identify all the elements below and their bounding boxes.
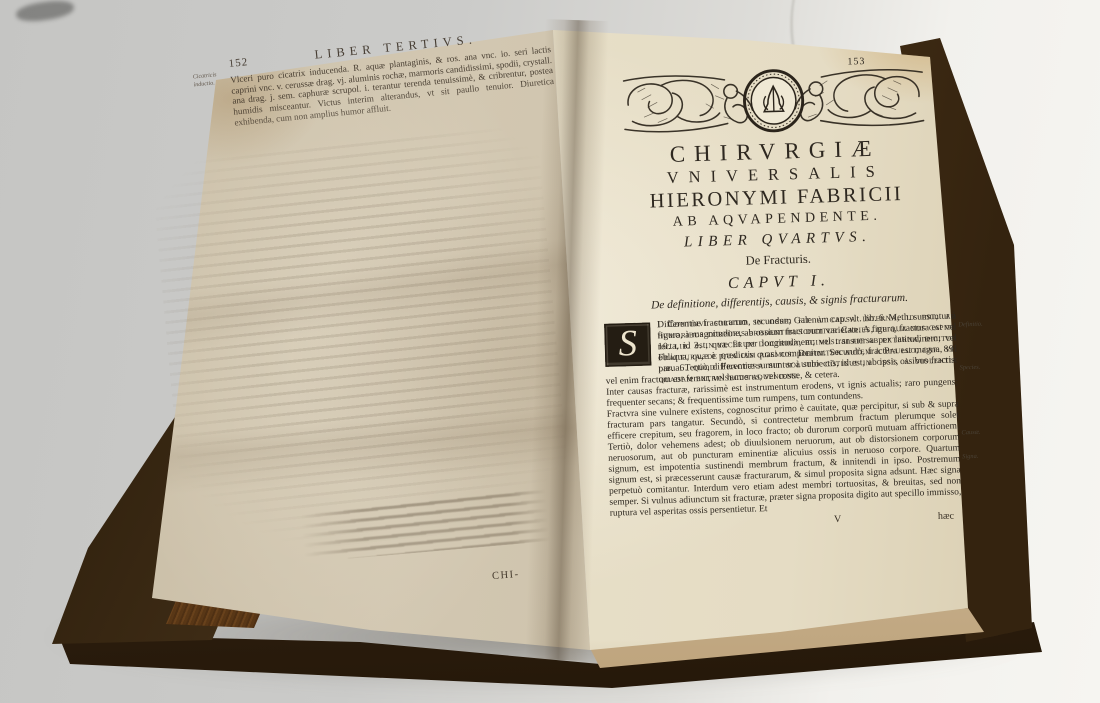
- paragraph-2: Differentiæ fracturarum, secundum Galenu…: [604, 311, 958, 387]
- margin-note-species: Species.: [959, 363, 1001, 372]
- putti-scrollwork-woodcut-icon: [613, 64, 935, 137]
- background-smudge: [15, 0, 75, 24]
- margin-note-definitio: Definitio.: [958, 320, 1000, 329]
- left-page-catchword: CHI-: [492, 569, 520, 582]
- margin-note-causae: Causæ.: [961, 428, 1003, 437]
- right-page-catchword: hæc: [938, 511, 954, 522]
- headpiece-ornament: [613, 64, 935, 137]
- margin-note-signa: Signa.: [962, 452, 1004, 461]
- photo-of-open-antique-book: 152 LIBER TERTIVS. Cicatricis inductio. …: [0, 0, 1100, 703]
- signature-mark: V: [834, 514, 842, 525]
- right-page-body: SI Continvi solutio in osse, fit à causa…: [604, 311, 962, 519]
- paragraph-4: Fractvra sine vulnere existens, cognosci…: [607, 399, 962, 519]
- right-page-content: 153: [596, 40, 966, 660]
- left-page-number: 152: [228, 56, 249, 70]
